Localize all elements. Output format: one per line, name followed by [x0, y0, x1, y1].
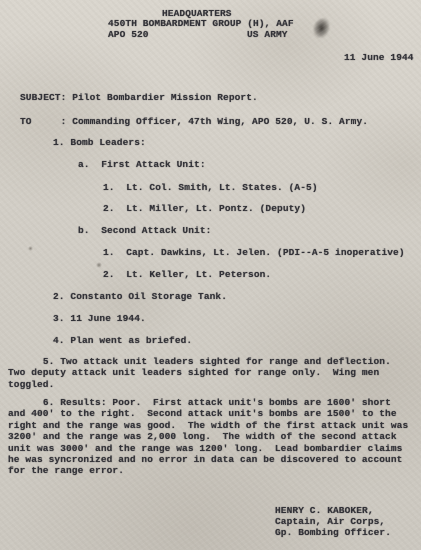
- army-branch: US ARMY: [247, 29, 288, 40]
- date-line: 11 June 1944: [344, 52, 414, 63]
- signature-title: Gp. Bombing Officer.: [275, 527, 391, 538]
- body-item-crew-2: 2. Lt. Miller, Lt. Pontz. (Deputy): [103, 203, 306, 214]
- body-item-crew-4: 2. Lt. Keller, Lt. Peterson.: [103, 269, 271, 280]
- body-item-bomb-leaders: 1. Bomb Leaders:: [53, 137, 146, 148]
- paragraph-5: 5. Two attack unit leaders sighted for r…: [8, 356, 413, 390]
- ink-speck: [28, 246, 33, 251]
- body-item-second-attack-unit: b. Second Attack Unit:: [78, 225, 211, 236]
- body-item-crew-1: 1. Lt. Col. Smith, Lt. States. (A-5): [103, 182, 318, 193]
- signature-name: HENRY C. KABOKER,: [275, 505, 374, 516]
- body-item-crew-3: 1. Capt. Dawkins, Lt. Jelen. (PDI--A-5 i…: [103, 247, 405, 258]
- body-item-plan: 4. Plan went as briefed.: [53, 335, 192, 346]
- subject-line: SUBJECT: Pilot Bombardier Mission Report…: [20, 92, 258, 103]
- unit-line: 450TH BOMBARDMENT GROUP (H), AAF: [108, 18, 294, 29]
- document-page: HEADQUARTERS 450TH BOMBARDMENT GROUP (H)…: [0, 0, 421, 550]
- to-line: TO : Commanding Officer, 47th Wing, APO …: [20, 116, 368, 127]
- apo-number: APO 520: [108, 29, 149, 40]
- body-item-date: 3. 11 June 1944.: [53, 313, 146, 324]
- ink-speck: [96, 262, 102, 268]
- body-item-target: 2. Constanto Oil Storage Tank.: [53, 291, 227, 302]
- body-item-first-attack-unit: a. First Attack Unit:: [78, 159, 206, 170]
- paragraph-6: 6. Results: Poor. First attack unit's bo…: [8, 397, 413, 477]
- ink-smudge: [310, 15, 333, 41]
- signature-rank: Captain, Air Corps,: [275, 516, 385, 527]
